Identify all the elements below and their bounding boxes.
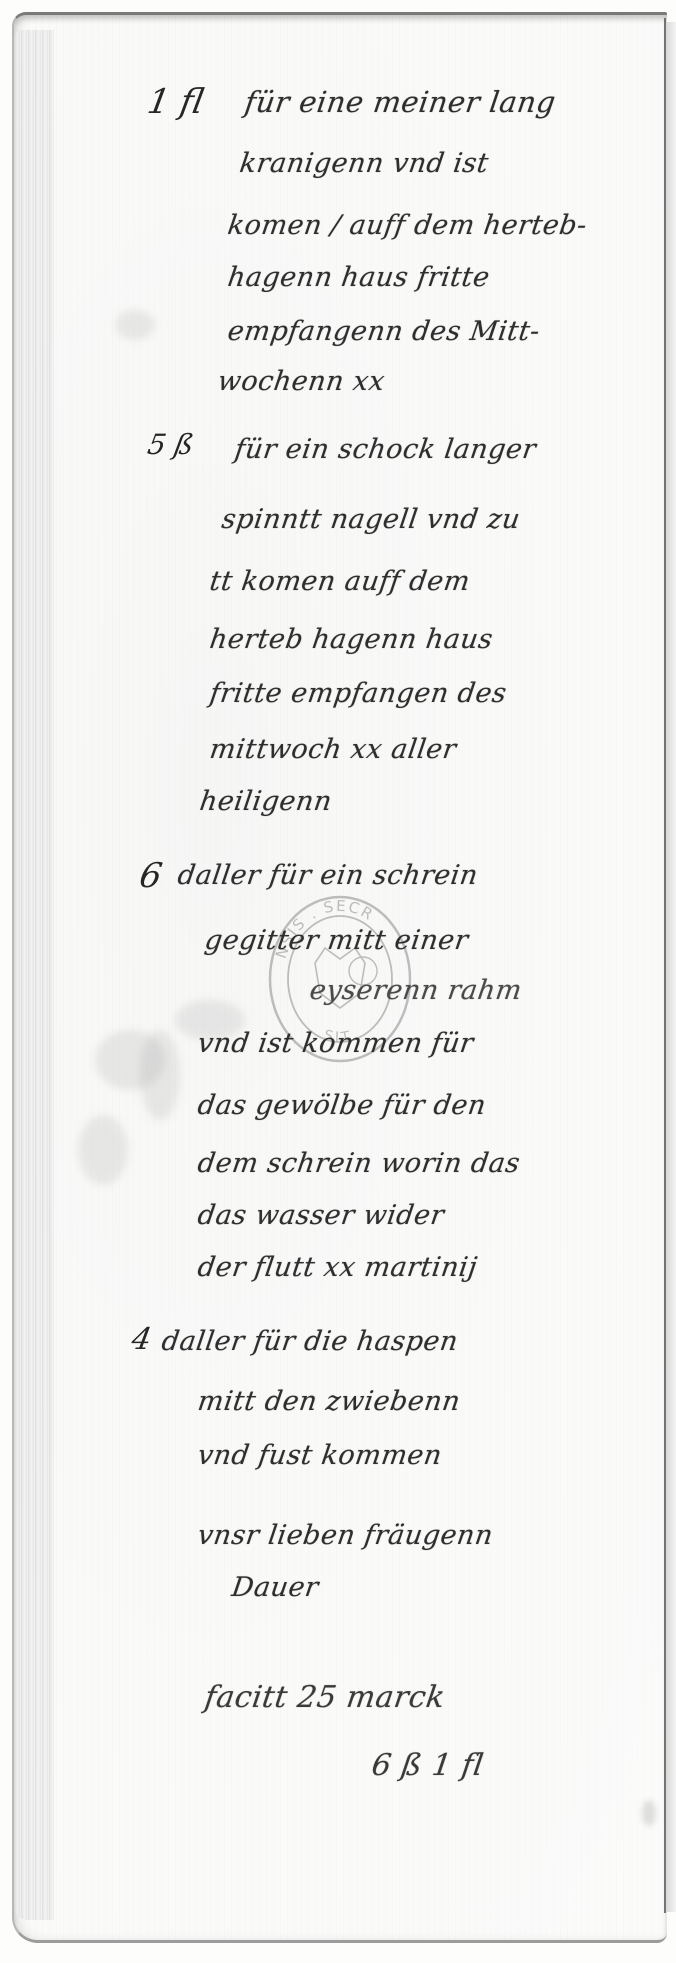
entry-line: vnsr lieben fräugenn — [196, 1520, 495, 1551]
entry-amount: 6 — [136, 856, 165, 896]
entry-line: herteb hagenn haus — [208, 624, 495, 655]
ledger-entries: 1 fl für eine meiner lang kranigenn vnd … — [0, 0, 676, 1963]
entry-line: mitt den zwiebenn — [196, 1386, 463, 1417]
entry-line: spinntt nagell vnd zu — [220, 504, 522, 535]
scanned-page: NSIS . SECR SIT 1 fl für eine meiner lan… — [0, 0, 676, 1963]
entry-amount: 5 ß — [145, 428, 196, 461]
entry-line: daller für die haspen — [160, 1326, 460, 1357]
entry-line: empfangenn des Mitt- — [226, 316, 542, 347]
entry-line: gegitter mitt einer — [203, 925, 471, 956]
entry-line: tt komen auff dem — [208, 566, 472, 597]
entry-line: fritte empfangen des — [208, 678, 509, 709]
entry-line: kranigenn vnd ist — [238, 148, 491, 179]
entry-line: eyserenn rahm — [308, 975, 524, 1006]
entry-amount: 1 fl — [144, 82, 206, 122]
entry-line: komen / auff dem herteb- — [226, 210, 589, 241]
entry-amount: 4 — [129, 1322, 154, 1357]
entry-line: vnd ist kommen für — [196, 1028, 476, 1059]
entry-line: für eine meiner lang — [243, 85, 558, 119]
total-line: 6 ß 1 fl — [370, 1748, 486, 1783]
entry-line: der flutt xx martinij — [196, 1252, 479, 1283]
entry-line: das wasser wider — [196, 1200, 446, 1231]
entry-line: vnd fust kommen — [196, 1440, 444, 1471]
entry-line: heiligenn — [198, 786, 334, 817]
entry-line: dem schrein worin das — [196, 1148, 522, 1179]
entry-line: daller für ein schrein — [176, 860, 480, 891]
total-line: facitt 25 marck — [203, 1680, 448, 1715]
entry-line: für ein schock langer — [233, 434, 538, 465]
entry-line: das gewölbe für den — [196, 1090, 488, 1121]
entry-line: wochenn xx — [216, 366, 387, 397]
entry-line: hagenn haus fritte — [226, 262, 492, 293]
entry-line: Dauer — [230, 1572, 321, 1603]
entry-line: mittwoch xx aller — [208, 734, 459, 765]
